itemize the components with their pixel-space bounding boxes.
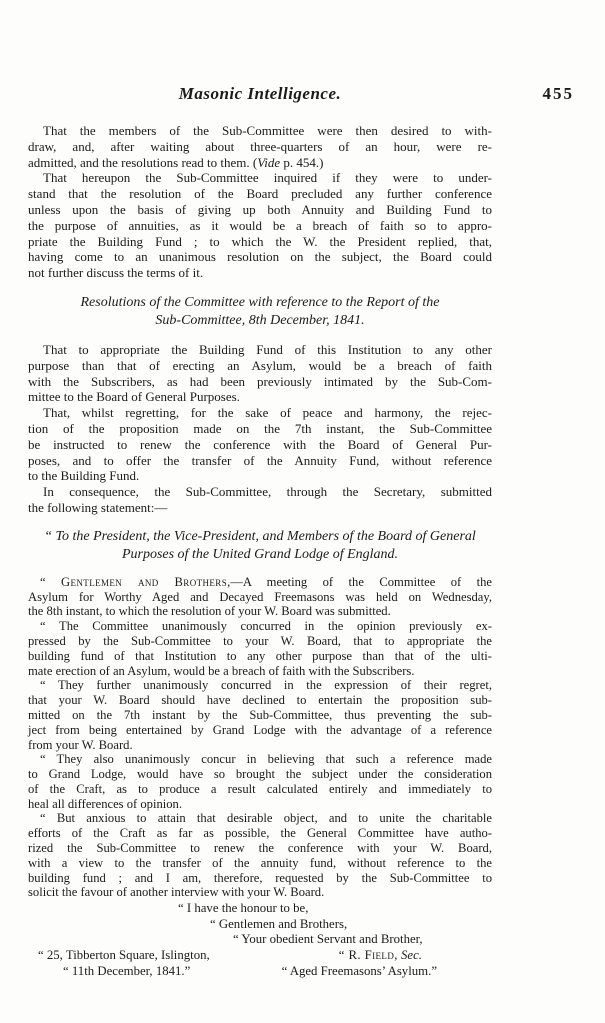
letter-paragraph-regret: “ They further unanimously concurred in … [28, 678, 492, 752]
text-line: “ They further unanimously concurred in … [28, 678, 492, 693]
valediction-line: “ Your obedient Servant and Brother, [233, 932, 492, 948]
text-line: priate the Building Fund ; to which the … [28, 234, 492, 250]
paragraph-consequence: In consequence, the Sub-Committee, throu… [28, 484, 492, 516]
valediction-line: “ Gentlemen and Brothers, [210, 917, 492, 933]
text-line: Asylum for Worthy Aged and Decayed Freem… [28, 590, 492, 605]
valediction-line: “ I have the honour to be, [178, 901, 492, 917]
text-line: to the Building Fund. [28, 468, 492, 484]
secretary-title: Sec. [401, 948, 422, 962]
text-line: mate erection of an Asylum, would be a b… [28, 664, 492, 679]
paragraph-resolution-2: That, whilst regretting, for the sake of… [28, 405, 492, 484]
text-line: that your W. Board should have declined … [28, 693, 492, 708]
paragraph-resolution-1: That to appropriate the Building Fund of… [28, 342, 492, 405]
text-line: mitted on the 7th instant by the Sub-Com… [28, 708, 492, 723]
text-line: admitted, and the resolutions read to th… [28, 155, 492, 171]
heading-line: Sub-Committee, 8th December, 1841. [28, 312, 492, 330]
paragraph-withdrawal: That the members of the Sub-Committee we… [28, 123, 492, 170]
letter-address-heading: “ To the President, the Vice-President, … [28, 528, 492, 564]
open-quote: “ [40, 575, 61, 589]
salutation-smallcaps: Gentlemen and Brothers [61, 575, 227, 589]
secretary-name: “ R. Field, [339, 948, 398, 962]
letter-paragraph-reference: “ They also unanimously concur in believ… [28, 752, 492, 811]
text-line: pressed by the Sub-Committee to your W. … [28, 634, 492, 649]
text-line: building fund of that Institution to any… [28, 649, 492, 664]
text-line: with a view to the transfer of the annui… [28, 856, 492, 871]
sender-address: “ 25, Tibberton Square, Islington, [38, 948, 210, 964]
letter-paragraph-salutation: “ Gentlemen and Brothers,—A meeting of t… [28, 575, 492, 619]
text-line: solicit the favour of another interview … [28, 885, 492, 900]
signature-row-1: “ 25, Tibberton Square, Islington, “ R. … [28, 948, 492, 964]
text-line: poses, and to offer the transfer of the … [28, 453, 492, 469]
letter-valediction: “ I have the honour to be, “ Gentlemen a… [28, 901, 492, 948]
text-line: the following statement:— [28, 500, 492, 516]
text-line: to Grand Lodge, would have so brought th… [28, 767, 492, 782]
text-line: rized the Sub-Committee to renew the con… [28, 841, 492, 856]
vide-reference: Vide [257, 155, 280, 170]
signature-name: “ R. Field, Sec. [339, 948, 422, 964]
resolutions-heading: Resolutions of the Committee with refere… [28, 294, 492, 330]
letter-date: “ 11th December, 1841.” [63, 964, 190, 980]
organization-name: “ Aged Freemasons’ Asylum.” [282, 964, 437, 980]
text-segment: p. 454.) [280, 155, 323, 170]
heading-line: Resolutions of the Committee with refere… [28, 294, 492, 312]
text-line: stand that the resolution of the Board p… [28, 186, 492, 202]
text-line: the purpose of annuities, as it would be… [28, 218, 492, 234]
text-line: “ They also unanimously concur in believ… [28, 752, 492, 767]
text-line: “ The Committee unanimously concurred in… [28, 619, 492, 634]
text-line: of the Craft, as to produce a result cal… [28, 782, 492, 797]
text-line: unless upon the basis of giving up both … [28, 202, 492, 218]
text-line: ject from being entertained by Grand Lod… [28, 723, 492, 738]
text-line: having come to an unanimous resolution o… [28, 249, 492, 265]
text-line: That hereupon the Sub-Committee inquired… [28, 170, 492, 186]
text-line: heal all differences of opinion. [28, 797, 492, 812]
text-line: the 8th instant, to which the resolution… [28, 604, 492, 619]
letter-paragraph-renewal: “ But anxious to attain that desirable o… [28, 811, 492, 900]
text-line: “ Gentlemen and Brothers,—A meeting of t… [28, 575, 492, 590]
text-line: That, whilst regretting, for the sake of… [28, 405, 492, 421]
text-line: That the members of the Sub-Committee we… [28, 123, 492, 139]
text-segment: admitted, and the resolutions read to th… [28, 155, 257, 170]
text-line: tion of the proposition made on the 7th … [28, 421, 492, 437]
text-line: with the Subscribers, as had been previo… [28, 374, 492, 390]
text-line: from your W. Board. [28, 738, 492, 753]
text-line: “ But anxious to attain that desirable o… [28, 811, 492, 826]
text-line: efforts of the Craft as far as possible,… [28, 826, 492, 841]
heading-line: “ To the President, the Vice-President, … [28, 528, 492, 546]
page-number: 455 [543, 84, 575, 104]
running-title: Masonic Intelligence. [28, 84, 492, 104]
text-line: not further discuss the terms of it. [28, 265, 492, 281]
running-head: Masonic Intelligence. 455 [28, 84, 492, 106]
letter-paragraph-concurrence: “ The Committee unanimously concurred in… [28, 619, 492, 678]
text-line: draw, and, after waiting about three-qua… [28, 139, 492, 155]
scanned-book-page: Masonic Intelligence. 455 That the membe… [0, 0, 605, 1023]
text-line: mittee to the Board of General Purposes. [28, 389, 492, 405]
signature-row-2: “ 11th December, 1841.” “ Aged Freemason… [28, 964, 492, 980]
text-line: purpose than that of erecting an Asylum,… [28, 358, 492, 374]
scan-speck [120, 950, 122, 952]
text-line: In consequence, the Sub-Committee, throu… [28, 484, 492, 500]
text-line: That to appropriate the Building Fund of… [28, 342, 492, 358]
text-line: building fund ; and I am, therefore, req… [28, 871, 492, 886]
paragraph-inquiry: That hereupon the Sub-Committee inquired… [28, 170, 492, 281]
heading-line: Purposes of the United Grand Lodge of En… [28, 546, 492, 564]
text-segment: ,—A meeting of the Committee of the [227, 575, 492, 589]
text-line: be instructed to renew the conference wi… [28, 437, 492, 453]
